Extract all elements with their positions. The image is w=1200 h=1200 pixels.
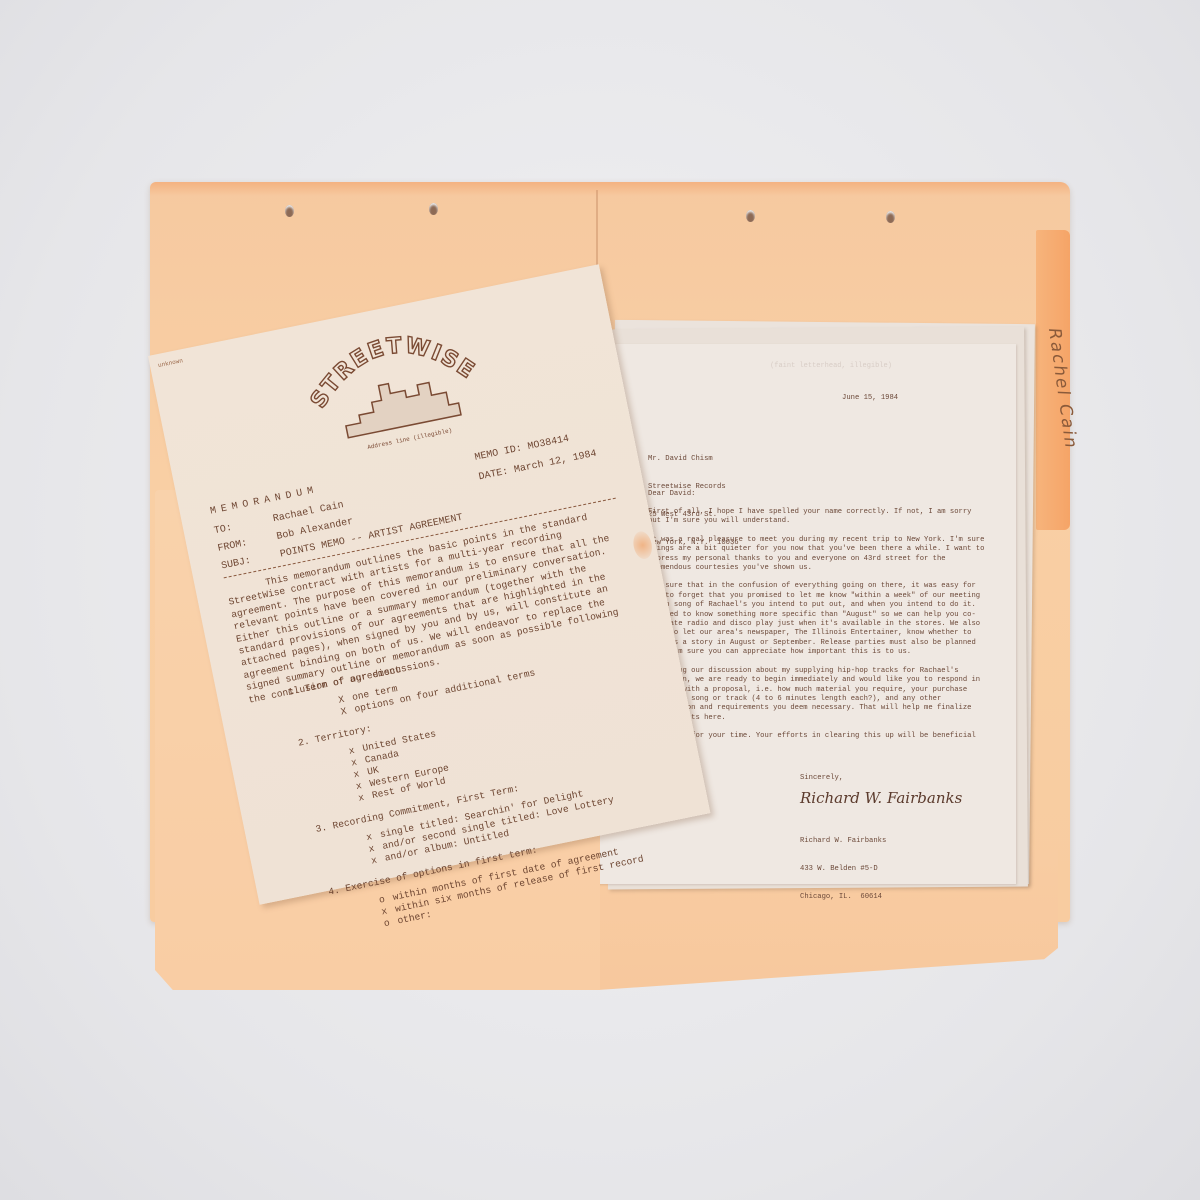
paragraph: First of all, I hope I have spelled your… <box>648 508 988 527</box>
date-label: DATE: <box>478 467 510 484</box>
punch-hole <box>886 211 895 223</box>
paragraph: Regarding our discussion about my supply… <box>648 667 988 723</box>
memo-id-label: MEMO ID: <box>474 443 523 463</box>
paragraph: I'm sure that in the confusion of everyt… <box>648 582 988 657</box>
signature: Richard W. Fairbanks <box>800 794 962 803</box>
punch-hole <box>429 203 438 215</box>
sender-line: Richard W. Fairbanks <box>800 837 886 846</box>
sender-line: 433 W. Belden #5-D <box>800 865 886 874</box>
memo-id-value: MO38414 <box>527 434 570 453</box>
punch-hole <box>746 210 755 222</box>
salutation: Dear David: <box>648 490 695 499</box>
recipient-line: Mr. David Chism <box>648 455 739 464</box>
stain <box>631 530 654 561</box>
subject-label: SUBJ: <box>220 550 281 573</box>
corner-mark: unknown <box>157 357 183 369</box>
closing: Sincerely, <box>800 774 843 783</box>
paragraph: Thank you for your time. Your efforts in… <box>648 732 988 751</box>
letterhead: (faint letterhead, illegible) <box>746 362 916 371</box>
sender-address: Richard W. Fairbanks 433 W. Belden #5-D … <box>800 818 886 921</box>
paragraph: It was a real pleasure to meet you durin… <box>648 536 988 574</box>
letter-body: First of all, I hope I have spelled your… <box>648 508 988 760</box>
letter-date: June 15, 1984 <box>842 394 898 403</box>
punch-hole <box>285 205 294 217</box>
sender-line: Chicago, IL. 60614 <box>800 893 886 902</box>
